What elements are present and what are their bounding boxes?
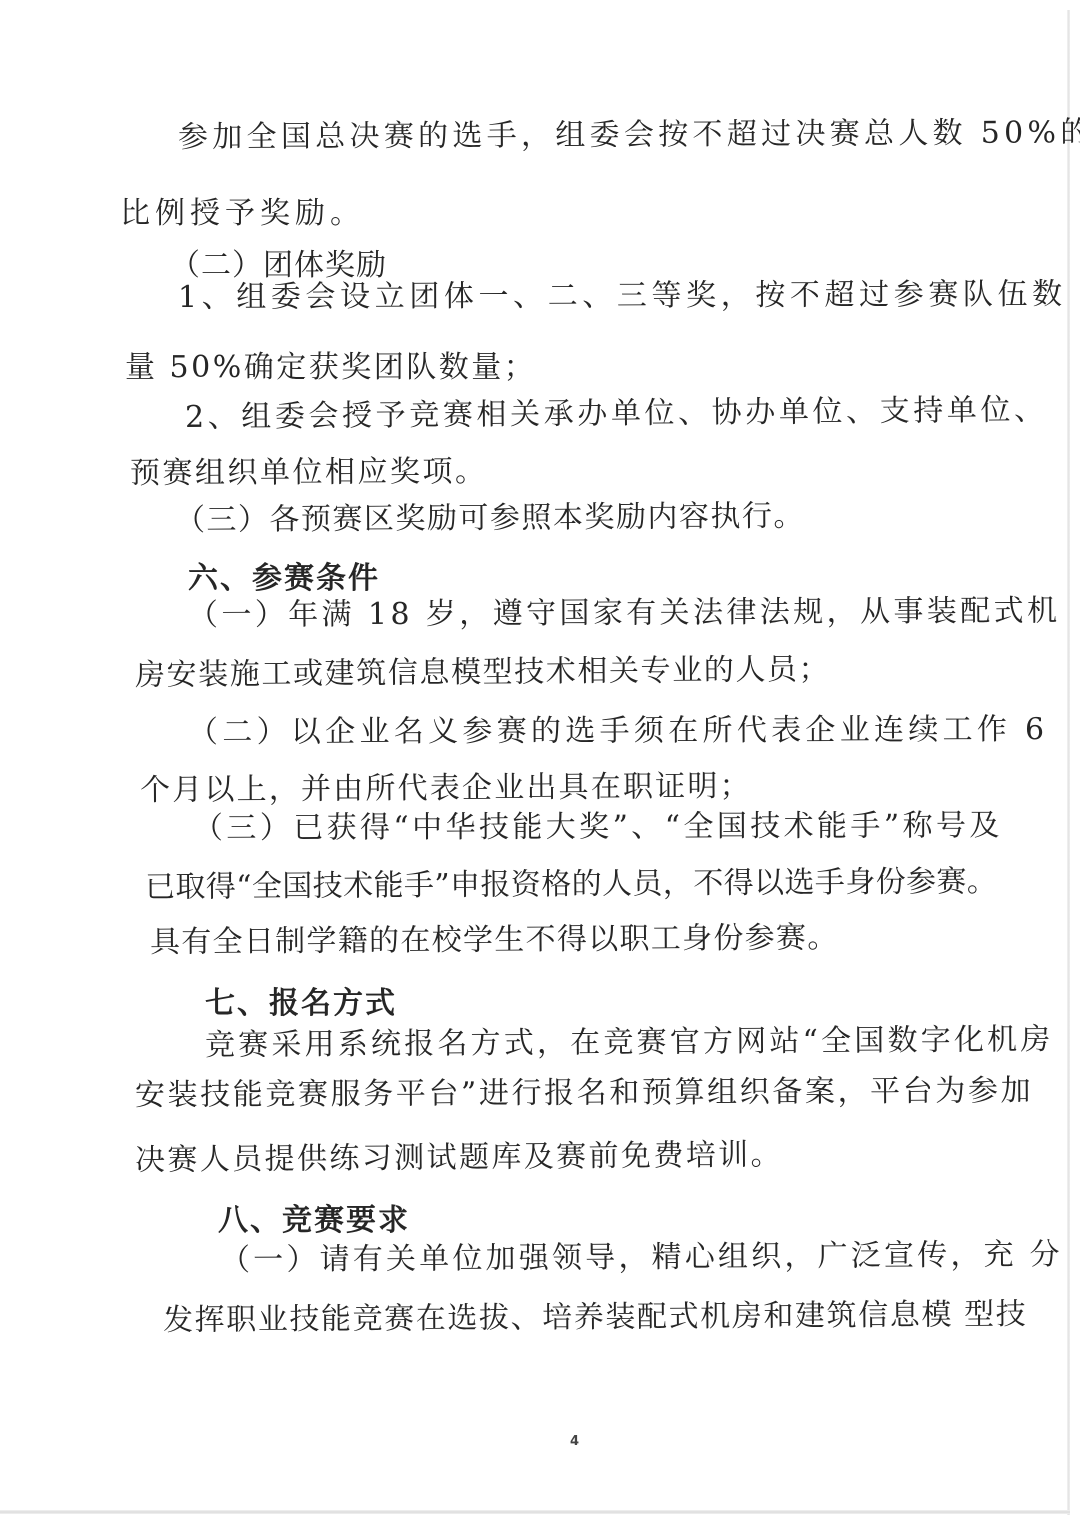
section-heading-7: 七、报名方式 [205, 986, 397, 1022]
scan-edge-bottom [0, 1510, 1070, 1514]
section-heading-8: 八、竞赛要求 [218, 1203, 410, 1239]
paragraph-line-4: 1、组委会设立团体一、二、三等奖，按不超过参赛队伍数 [178, 277, 1067, 316]
paragraph-line-7: 预赛组织单位相应奖项。 [130, 454, 488, 492]
paragraph-line-18: 竞赛采用系统报名方式，在竞赛官方网站“全国数字化机房 [205, 1022, 1054, 1064]
paragraph-line-10: （一）年满 18 岁，遵守国家有关法律法规，从事装配式机 [188, 593, 1061, 634]
paragraph-line-6: 2、组委会授予竞赛相关承办单位、协办单位、支持单位、 [185, 392, 1048, 436]
paragraph-line-11: 房安装施工或建筑信息模型技术相关专业的人员； [135, 652, 830, 694]
paragraph-line-22: （一）请有关单位加强领导，精心组织，广泛宣传，充 分 [220, 1237, 1063, 1279]
page-number: 4 [570, 1434, 579, 1449]
document-page: 参加全国总决赛的选手，组委会按不超过决赛总人数 50%的 比例授予奖励。 （二）… [0, 0, 1080, 1527]
paragraph-line-23: 发挥职业技能竞赛在选拔、培养装配式机房和建筑信息模 型技 [163, 1297, 1028, 1339]
paragraph-line-2: 比例授予奖励。 [120, 196, 365, 232]
paragraph-line-13: 个月以上，并由所代表企业出具在职证明； [140, 769, 752, 809]
paragraph-line-5: 量 50%确定获奖团队数量； [125, 350, 536, 386]
section-heading-6: 六、参赛条件 [188, 561, 380, 597]
paragraph-line-12: （二）以企业名义参赛的选手须在所代表企业连续工作 6 [188, 712, 1049, 751]
paragraph-line-20: 决赛人员提供练习测试题库及赛前免费培训。 [135, 1137, 783, 1179]
scan-edge-right [1067, 10, 1070, 1515]
paragraph-line-14: （三）已获得“中华技能大奖”、“全国技术能手”称号及 [193, 808, 1003, 847]
paragraph-line-1: 参加全国总决赛的选手，组委会按不超过决赛总人数 50%的 [178, 115, 1080, 156]
paragraph-line-16: 具有全日制学籍的在校学生不得以职工身份参赛。 [150, 920, 839, 961]
paragraph-line-19: 安装技能竞赛服务平台”进行报名和预算组织备案，平台为参加 [135, 1073, 1033, 1114]
paragraph-line-15: 已取得“全国技术能手”申报资格的人员，不得以选手身份参赛。 [145, 864, 998, 906]
paragraph-line-8: （三）各预赛区奖励可参照本奖励内容执行。 [175, 499, 805, 539]
